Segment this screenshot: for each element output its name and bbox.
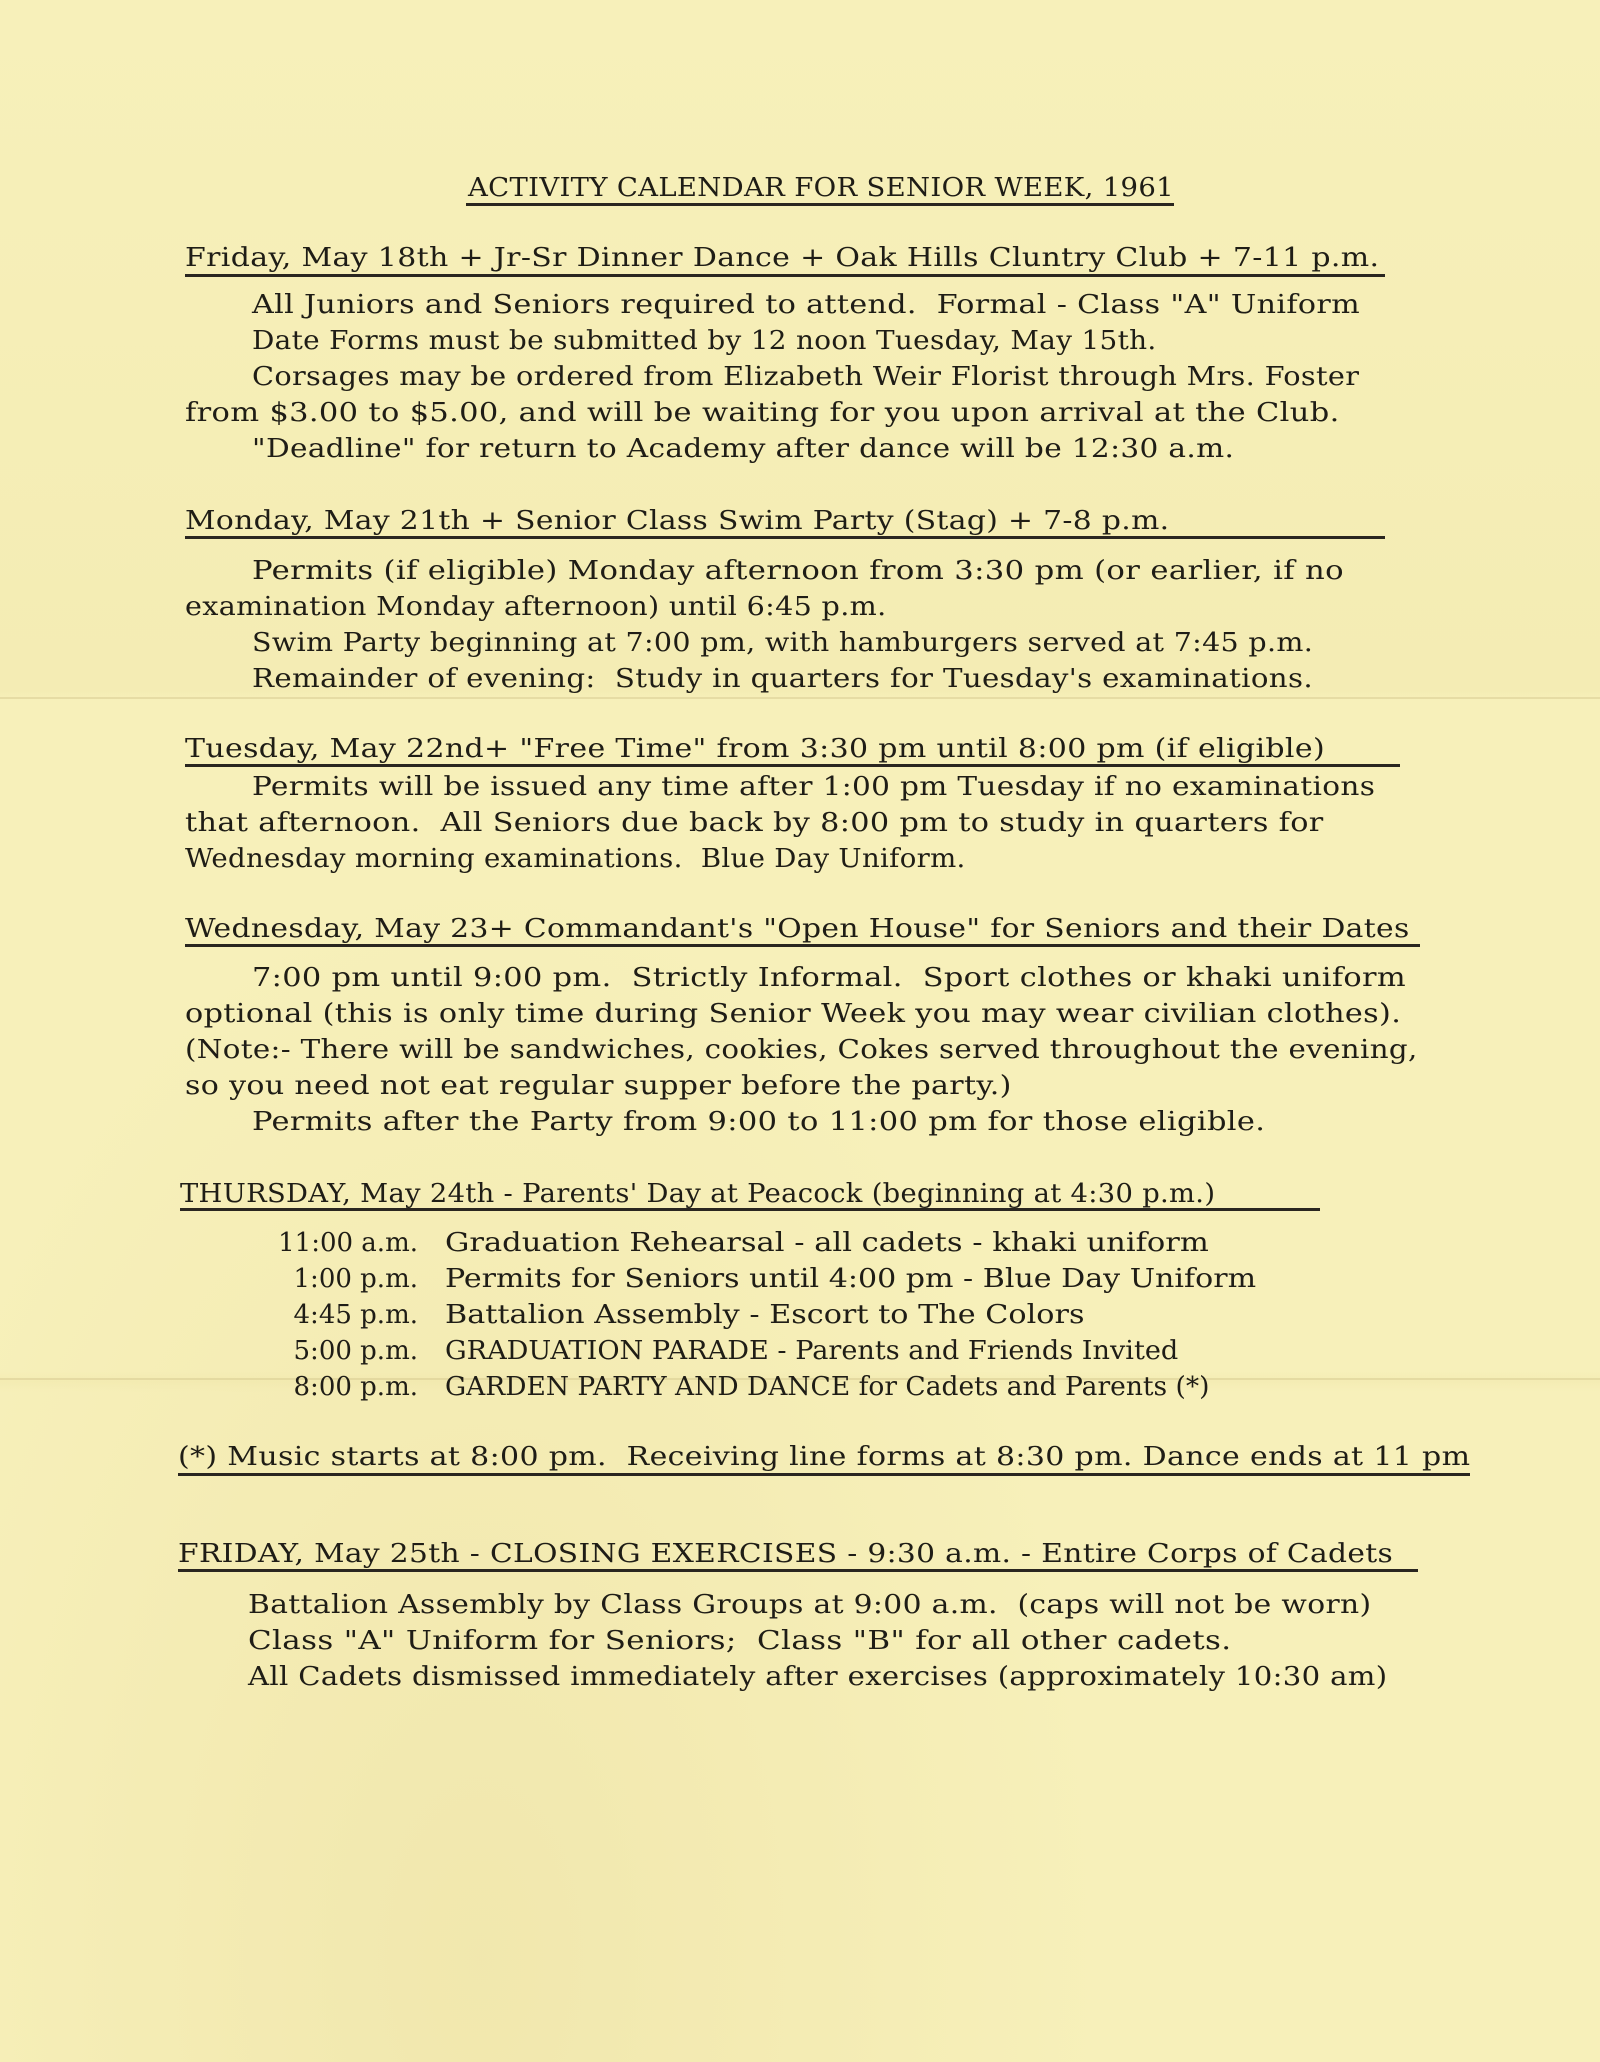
body-line: Battalion Assembly by Class Groups at 9:…	[248, 1590, 1371, 1620]
body-line: Permits will be issued any time after 1:…	[252, 772, 1375, 802]
title-underline	[466, 203, 1174, 206]
body-line: All Juniors and Seniors required to atte…	[252, 290, 1360, 320]
section-underline	[185, 944, 1420, 947]
schedule-time: 4:45 p.m.	[228, 1300, 418, 1330]
section-header-thursday-may-24: THURSDAY, May 24th - Parents' Day at Pea…	[180, 1179, 1215, 1209]
body-line: Permits (if eligible) Monday afternoon f…	[252, 556, 1344, 586]
section-underline	[185, 274, 1385, 277]
footnote-music: (*) Music starts at 8:00 pm. Receiving l…	[178, 1442, 1470, 1472]
body-line: that afternoon. All Seniors due back by …	[185, 808, 1324, 838]
section-underline	[185, 764, 1400, 767]
paper-fold-line	[0, 697, 1600, 699]
schedule-time: 5:00 p.m.	[228, 1336, 418, 1366]
page-title: ACTIVITY CALENDAR FOR SENIOR WEEK, 1961	[468, 173, 1174, 203]
schedule-description: Graduation Rehearsal - all cadets - khak…	[445, 1228, 1209, 1258]
schedule-description: Battalion Assembly - Escort to The Color…	[445, 1300, 1084, 1330]
body-line: Permits after the Party from 9:00 to 11:…	[252, 1107, 1265, 1137]
schedule-description: Permits for Seniors until 4:00 pm - Blue…	[445, 1264, 1256, 1294]
body-line: Corsages may be ordered from Elizabeth W…	[252, 362, 1359, 392]
body-line: Class "A" Uniform for Seniors; Class "B"…	[248, 1626, 1231, 1656]
section-header-wednesday-may-23: Wednesday, May 23+ Commandant's "Open Ho…	[185, 914, 1410, 944]
schedule-description: GARDEN PARTY AND DANCE for Cadets and Pa…	[445, 1372, 1209, 1402]
section-underline	[178, 1473, 1470, 1476]
section-header-monday-may-21: Monday, May 21th + Senior Class Swim Par…	[185, 506, 1169, 536]
section-underline	[178, 1569, 1418, 1572]
section-header-tuesday-may-22: Tuesday, May 22nd+ "Free Time" from 3:30…	[185, 734, 1325, 764]
body-line: Wednesday morning examinations. Blue Day…	[185, 844, 966, 874]
schedule-time: 1:00 p.m.	[228, 1264, 418, 1294]
body-line: "Deadline" for return to Academy after d…	[252, 434, 1234, 464]
section-header-friday-may-18: Friday, May 18th + Jr-Sr Dinner Dance + …	[185, 243, 1379, 273]
schedule-time: 8:00 p.m.	[228, 1372, 418, 1402]
body-line: All Cadets dismissed immediately after e…	[248, 1662, 1387, 1692]
body-line: examination Monday afternoon) until 6:45…	[185, 592, 886, 622]
body-line: Date Forms must be submitted by 12 noon …	[252, 326, 1157, 356]
schedule-description: GRADUATION PARADE - Parents and Friends …	[445, 1336, 1178, 1366]
body-line: Remainder of evening: Study in quarters …	[252, 664, 1313, 694]
body-line: optional (this is only time during Senio…	[185, 999, 1401, 1029]
schedule-time: 11:00 a.m.	[228, 1228, 418, 1258]
section-underline	[185, 536, 1385, 539]
body-line: Swim Party beginning at 7:00 pm, with ha…	[252, 628, 1313, 658]
body-line: so you need not eat regular supper befor…	[185, 1071, 1012, 1101]
body-line: (Note:- There will be sandwiches, cookie…	[185, 1035, 1418, 1065]
body-line: from $3.00 to $5.00, and will be waiting…	[185, 398, 1340, 428]
body-line: 7:00 pm until 9:00 pm. Strictly Informal…	[252, 963, 1406, 993]
section-header-friday-may-25: FRIDAY, May 25th - CLOSING EXERCISES - 9…	[178, 1539, 1393, 1569]
section-underline	[180, 1208, 1320, 1211]
